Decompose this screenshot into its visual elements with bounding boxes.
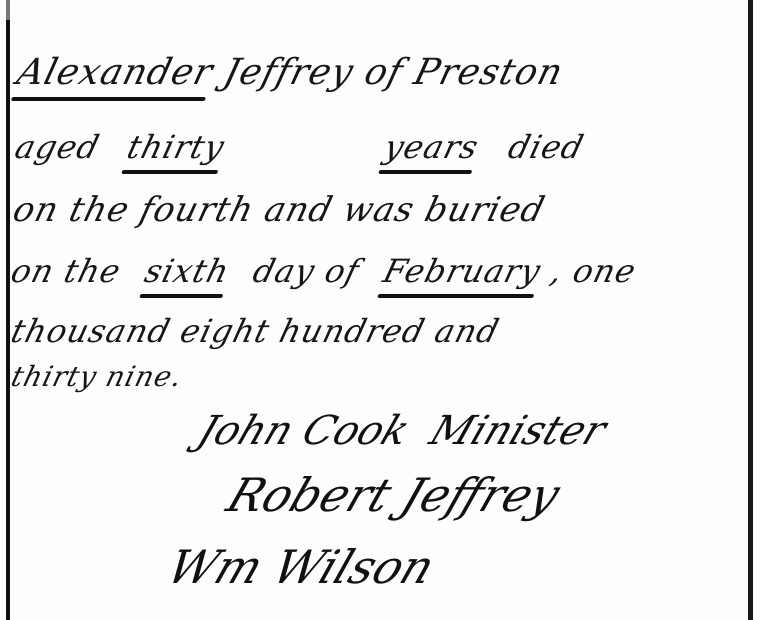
burial-day: sixth	[141, 252, 234, 290]
minister-role: Minister	[424, 408, 612, 454]
died-label: died	[505, 128, 589, 166]
deceased-first-name: Alexander	[13, 52, 218, 93]
witness-1-name: Robert Jeffrey	[220, 468, 567, 522]
signature-witness-1: Robert Jeffrey	[220, 468, 567, 522]
entry-line-6-text: thirty nine.	[8, 360, 186, 393]
entry-line-4: on the sixth day of February , one	[7, 252, 640, 290]
entry-line-6: thirty nine.	[8, 360, 186, 393]
left-margin-rule	[6, 0, 10, 620]
aged-label: aged	[11, 128, 103, 166]
age-value: thirty	[123, 128, 228, 166]
years-label: years	[381, 128, 483, 166]
signature-witness-2: Wm Wilson	[160, 540, 442, 594]
witness-2-name: Wm Wilson	[160, 540, 442, 594]
entry-line-3: on the fourth and was buried	[9, 190, 549, 230]
burial-month: February	[379, 252, 545, 290]
entry-line-1: Alexander Jeffrey of Preston	[13, 52, 568, 93]
register-page: Alexander Jeffrey of Preston aged thirty…	[0, 0, 760, 620]
entry-line-3-text: on the fourth and was buried	[9, 190, 549, 230]
one-label: , one	[547, 252, 641, 290]
right-margin-rule	[748, 0, 753, 620]
day-of-label: day of	[249, 252, 363, 290]
entry-line-2: aged thirty years died	[11, 128, 588, 166]
minister-name: John Cook	[192, 408, 416, 454]
entry-line-1-text: Jeffrey of Preston	[220, 52, 568, 93]
signature-minister: John Cook Minister	[192, 408, 613, 454]
on-the-label: on the	[7, 252, 125, 290]
entry-line-5: thousand eight hundred and	[7, 312, 503, 350]
entry-line-5-text: thousand eight hundred and	[7, 312, 503, 350]
